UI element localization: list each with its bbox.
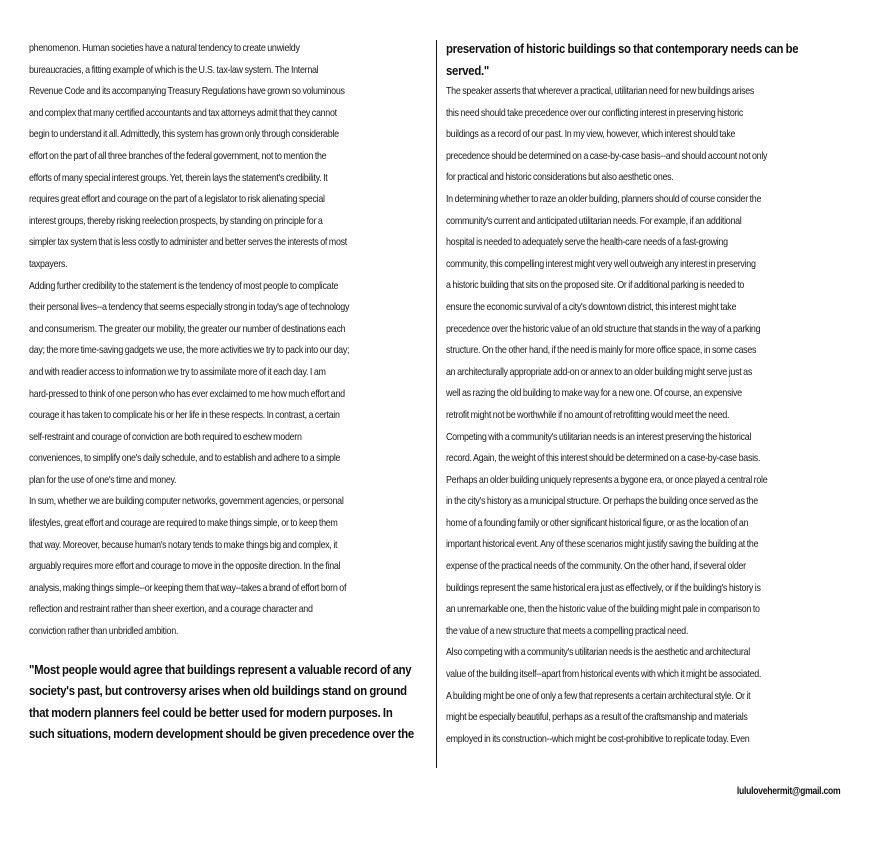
text-line: reflection and restraint rather than she… bbox=[29, 599, 373, 621]
prompt-heading-line: that modern planners feel could be bette… bbox=[29, 702, 373, 724]
text-line: buildings as a record of our past. In my… bbox=[446, 124, 799, 146]
text-line: value of the building itself--apart from… bbox=[446, 664, 799, 686]
text-line: an unremarkable one, then the historic v… bbox=[446, 599, 799, 621]
text-line: an architecturally appropriate add-on or… bbox=[446, 362, 799, 384]
text-line: A building might be one of only a few th… bbox=[446, 686, 799, 708]
prompt-heading-line: "Most people would agree that buildings … bbox=[29, 659, 373, 681]
text-line: phenomenon. Human societies have a natur… bbox=[29, 38, 373, 60]
text-line: retrofit might not be worthwhile if no a… bbox=[446, 405, 799, 427]
text-line: ensure the economic survival of a city's… bbox=[446, 297, 799, 319]
text-line: bureaucracies, a fitting example of whic… bbox=[29, 60, 373, 82]
text-line: in the city's history as a municipal str… bbox=[446, 491, 799, 513]
text-line: important historical event. Any of these… bbox=[446, 534, 799, 556]
text-line: might be especially beautiful, perhaps a… bbox=[446, 707, 799, 729]
text-line: courage it has taken to complicate his o… bbox=[29, 405, 373, 427]
text-line: Also competing with a community's utilit… bbox=[446, 642, 799, 664]
text-line: requires great effort and courage on the… bbox=[29, 189, 373, 211]
prompt-heading-line: society's past, but controversy arises w… bbox=[29, 680, 373, 702]
left-column: phenomenon. Human societies have a natur… bbox=[29, 38, 429, 745]
text-line: this need should take precedence over ou… bbox=[446, 103, 799, 125]
text-line: employed in its construction--which migh… bbox=[446, 729, 799, 751]
text-line: interest groups, thereby risking reelect… bbox=[29, 211, 373, 233]
text-line: Adding further credibility to the statem… bbox=[29, 276, 373, 298]
prompt-heading: "Most people would agree that buildings … bbox=[29, 659, 429, 745]
text-line: plan for the use of one's time and money… bbox=[29, 470, 373, 492]
prompt-heading-line: served." bbox=[446, 60, 799, 82]
text-line: record. Again, the weight of this intere… bbox=[446, 448, 799, 470]
text-line: arguably requires more effort and courag… bbox=[29, 556, 373, 578]
text-line: conviction rather than unbridled ambitio… bbox=[29, 621, 373, 643]
text-line: hard-pressed to think of one person who … bbox=[29, 384, 373, 406]
footer-email: lululovehermit@gmail.com bbox=[736, 786, 840, 797]
text-line: community's current and anticipated util… bbox=[446, 211, 799, 233]
text-line: home of a founding family or other signi… bbox=[446, 513, 799, 535]
text-line: simpler tax system that is less costly t… bbox=[29, 232, 373, 254]
text-line: begin to understand it all. Admittedly, … bbox=[29, 124, 373, 146]
text-line: that way. Moreover, because human's nota… bbox=[29, 535, 373, 557]
text-line: well as razing the old building to make … bbox=[446, 383, 799, 405]
text-line: In sum, whether we are building computer… bbox=[29, 491, 373, 513]
text-line: analysis, making things simple--or keepi… bbox=[29, 578, 373, 600]
text-line: taxpayers. bbox=[29, 254, 373, 276]
column-divider bbox=[436, 40, 437, 768]
text-line: conveniences, to simplify one's daily sc… bbox=[29, 448, 373, 470]
text-line: Perhaps an older building uniquely repre… bbox=[446, 470, 799, 492]
text-line: the value of a new structure that meets … bbox=[446, 621, 799, 643]
text-line: community, this compelling interest migh… bbox=[446, 254, 799, 276]
text-line: efforts of many special interest groups.… bbox=[29, 168, 373, 190]
text-line: Competing with a community's utilitarian… bbox=[446, 427, 799, 449]
paragraph-gap bbox=[29, 643, 429, 659]
essay-body-left: phenomenon. Human societies have a natur… bbox=[29, 38, 429, 643]
text-line: and complex that many certified accounta… bbox=[29, 103, 373, 125]
text-line: effort on the part of all three branches… bbox=[29, 146, 373, 168]
text-line: for practical and historic consideration… bbox=[446, 167, 799, 189]
text-line: and with readier access to information w… bbox=[29, 362, 373, 384]
prompt-heading-line: preservation of historic buildings so th… bbox=[446, 38, 799, 60]
document-page: phenomenon. Human societies have a natur… bbox=[0, 0, 870, 842]
text-line: precedence over the historic value of an… bbox=[446, 319, 799, 341]
text-line: and consumerism. The greater our mobilit… bbox=[29, 319, 373, 341]
text-line: lifestyles, great effort and courage are… bbox=[29, 513, 373, 535]
text-line: Revenue Code and its accompanying Treasu… bbox=[29, 81, 373, 103]
text-line: expense of the practical needs of the co… bbox=[446, 556, 799, 578]
prompt-heading-continued: preservation of historic buildings so th… bbox=[446, 38, 856, 81]
text-line: buildings represent the same historical … bbox=[446, 578, 799, 600]
text-line: day; the more time-saving gadgets we use… bbox=[29, 340, 373, 362]
text-line: In determining whether to raze an older … bbox=[446, 189, 799, 211]
text-line: a historic building that sits on the pro… bbox=[446, 275, 799, 297]
text-line: hospital is needed to adequately serve t… bbox=[446, 232, 799, 254]
text-line: self-restraint and courage of conviction… bbox=[29, 427, 373, 449]
text-line: structure. On the other hand, if the nee… bbox=[446, 340, 799, 362]
right-column: preservation of historic buildings so th… bbox=[446, 38, 856, 750]
text-line: precedence should be determined on a cas… bbox=[446, 146, 799, 168]
text-line: The speaker asserts that wherever a prac… bbox=[446, 81, 799, 103]
text-line: their personal lives--a tendency that se… bbox=[29, 297, 373, 319]
prompt-heading-line: such situations, modern development shou… bbox=[29, 723, 373, 745]
essay-body-right: The speaker asserts that wherever a prac… bbox=[446, 81, 856, 750]
